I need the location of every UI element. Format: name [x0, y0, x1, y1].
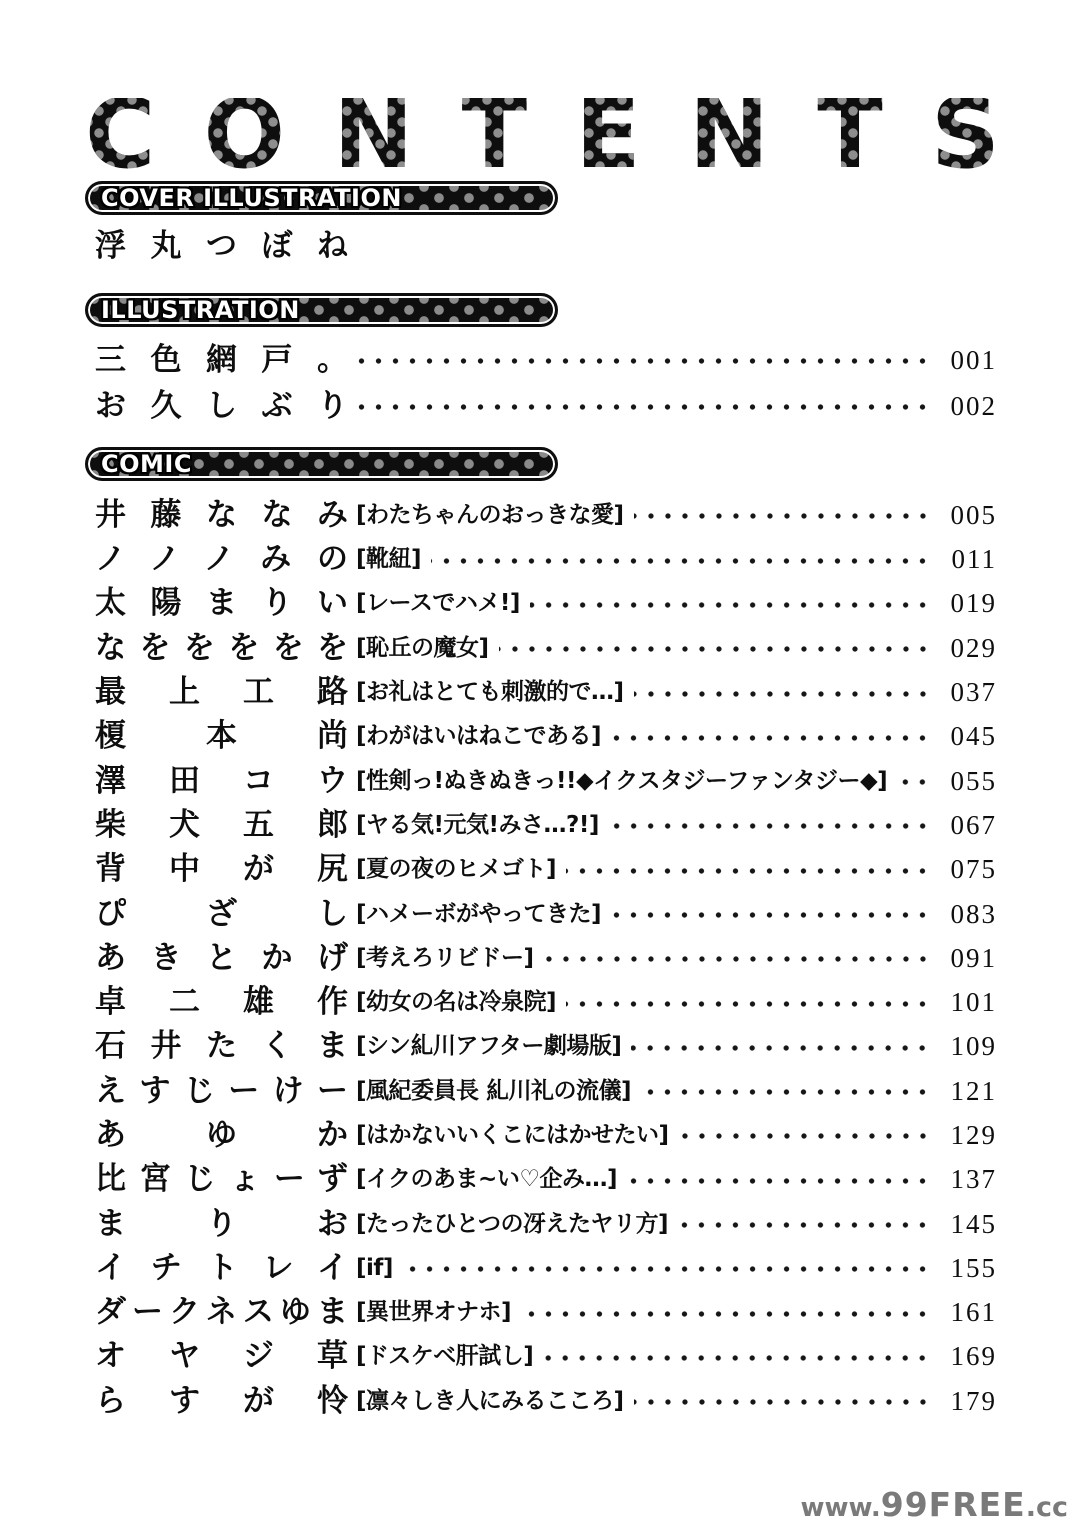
entry-name: お久しぶり: [95, 391, 348, 422]
dot-leader: [631, 1041, 931, 1055]
entry-author: 比宮じょーず: [95, 1164, 348, 1195]
dot-leader: [358, 354, 931, 368]
entry-author: 石井たくま: [95, 1031, 348, 1062]
entry-title: [風紀委員長 糺川礼の流儀]: [356, 1080, 631, 1103]
watermark-name: 99FREE: [881, 1485, 1026, 1524]
cover-artist-name: 浮丸つぼね: [95, 228, 348, 265]
page-number: 002: [941, 393, 997, 420]
title-letter: E: [575, 98, 641, 170]
dot-leader: [641, 1085, 931, 1099]
entry-title: [レースでハメ!]: [356, 592, 520, 615]
entry-title: [わたちゃんのおっきな愛]: [356, 504, 624, 527]
entry-title: [ドスケベ肝試し]: [356, 1345, 533, 1368]
page-number: 011: [941, 546, 997, 573]
page-number: 109: [941, 1033, 997, 1060]
title-letter: N: [333, 98, 413, 170]
entry-title: [夏の夜のヒメゴト]: [356, 858, 556, 881]
entry-author: イチトレイ: [95, 1253, 348, 1284]
page-number: 067: [941, 812, 997, 839]
entry-author: 柴犬五郎: [95, 810, 348, 841]
entry-title: [性剣っ!ぬきぬきっ!!◆イクスタジーファンタジー◆]: [356, 770, 887, 793]
title-letter: C: [85, 98, 155, 170]
entry-author: あきとかげ: [95, 943, 348, 974]
toc-row: 石井たくま [シン糺川アフター劇場版] 109: [85, 1025, 997, 1069]
entry-title: [お礼はとても刺激的で…]: [356, 681, 624, 704]
toc-row: 卓二雄作 [幼女の名は冷泉院] 101: [85, 980, 997, 1024]
dot-leader: [566, 997, 931, 1011]
toc-row: 三色網戸。 001: [85, 337, 997, 383]
toc-row: イチトレイ [if] 155: [85, 1246, 997, 1290]
toc-row: あきとかげ [考えろリビドー] 091: [85, 936, 997, 980]
toc-row: あゆか [はかないいくこにはかせたい] 129: [85, 1113, 997, 1157]
entry-title: [シン糺川アフター劇場版]: [356, 1035, 621, 1058]
entry-author: ノノノみの: [95, 544, 348, 575]
entry-title: [わがはいはねこである]: [356, 725, 601, 748]
entry-title: [はかないいくこにはかせたい]: [356, 1124, 669, 1147]
entry-author: まりお: [95, 1209, 348, 1240]
dot-leader: [358, 400, 931, 414]
section-label: ILLUSTRATION: [101, 298, 300, 322]
toc-row: ぴざし [ハメーボがやってきた] 083: [85, 892, 997, 936]
entry-author: 榎本尚: [95, 721, 348, 752]
toc-row: 榎本尚 [わがはいはねこである] 045: [85, 715, 997, 759]
section-bar-comic: COMIC: [85, 447, 558, 481]
dot-leader: [543, 1351, 931, 1365]
entry-title: [if]: [356, 1257, 393, 1280]
entry-title: [たったひとつの冴えたヤリ方]: [356, 1213, 668, 1236]
watermark-suffix: .cc: [1026, 1492, 1068, 1523]
entry-author: 背中が尻: [95, 854, 348, 885]
page-number: 055: [941, 768, 997, 795]
watermark: www.99FREE.cc: [800, 1488, 1068, 1521]
entry-title: [イクのあま~い♡企み…]: [356, 1168, 617, 1191]
dot-leader: [679, 1129, 931, 1143]
toc-row: 背中が尻 [夏の夜のヒメゴト] 075: [85, 848, 997, 892]
page-number: 161: [941, 1299, 997, 1326]
content-column: C O N T E N T S COVER ILLUSTRATION 浮丸つぼね…: [85, 0, 997, 1423]
dot-leader: [403, 1262, 931, 1276]
dot-leader: [431, 554, 931, 568]
entry-author: 最上工路: [95, 677, 348, 708]
dot-leader: [897, 775, 931, 789]
entry-author: 井藤ななみ: [95, 500, 348, 531]
toc-row: お久しぶり 002: [85, 383, 997, 429]
toc-row: えすじーけー [風紀委員長 糺川礼の流儀] 121: [85, 1069, 997, 1113]
entry-name: 三色網戸。: [95, 345, 348, 376]
entry-author: 卓二雄作: [95, 987, 348, 1018]
watermark-prefix: www.: [800, 1493, 880, 1523]
section-bar-illustration: ILLUSTRATION: [85, 293, 558, 327]
page-number: 019: [941, 590, 997, 617]
page-number: 001: [941, 347, 997, 374]
entry-title: [靴紐]: [356, 548, 421, 571]
dot-leader: [611, 908, 931, 922]
toc-row: 最上工路 [お礼はとても刺激的で…] 037: [85, 670, 997, 714]
entry-title: [幼女の名は冷泉院]: [356, 991, 556, 1014]
toc-row: 太陽まりい [レースでハメ!] 019: [85, 582, 997, 626]
title-letter: N: [689, 98, 769, 170]
entry-author: えすじーけー: [95, 1076, 348, 1107]
page-number: 029: [941, 635, 997, 662]
dot-leader: [566, 864, 931, 878]
dot-leader: [634, 1395, 931, 1409]
page-number: 075: [941, 856, 997, 883]
dot-leader: [544, 952, 931, 966]
toc-row: 井藤ななみ [わたちゃんのおっきな愛] 005: [85, 493, 997, 537]
toc-row: 比宮じょーず [イクのあま~い♡企み…] 137: [85, 1158, 997, 1202]
entry-title: [考えろリビドー]: [356, 947, 534, 970]
entry-author: ぴざし: [95, 899, 348, 930]
entry-title: [ハメーボがやってきた]: [356, 903, 601, 926]
dot-leader: [627, 1174, 931, 1188]
entry-author: 太陽まりい: [95, 588, 348, 619]
dot-leader: [609, 819, 931, 833]
toc-row: オヤジ草 [ドスケベ肝試し] 169: [85, 1335, 997, 1379]
entry-title: [恥丘の魔女]: [356, 637, 489, 660]
illustration-list: 三色網戸。 001 お久しぶり 002: [85, 337, 997, 429]
toc-row: ダークネスゆま [異世界オナホ] 161: [85, 1291, 997, 1335]
section-label: COMIC: [101, 452, 192, 476]
page-number: 101: [941, 989, 997, 1016]
entry-author: あゆか: [95, 1120, 348, 1151]
comic-list: 井藤ななみ [わたちゃんのおっきな愛] 005 ノノノみの [靴紐] 011 太…: [85, 493, 997, 1423]
dot-leader: [521, 1307, 931, 1321]
dot-leader: [499, 642, 931, 656]
entry-title: [異世界オナホ]: [356, 1301, 511, 1324]
entry-title: [ヤる気!元気!みさ…?!]: [356, 814, 599, 837]
dot-leader: [611, 731, 931, 745]
entry-author: ダークネスゆま: [95, 1297, 348, 1328]
toc-row: 澤田コウ [性剣っ!ぬきぬきっ!!◆イクスタジーファンタジー◆] 055: [85, 759, 997, 803]
entry-author: オヤジ草: [95, 1341, 348, 1372]
toc-row: ノノノみの [靴紐] 011: [85, 537, 997, 581]
page-number: 121: [941, 1078, 997, 1105]
dot-leader: [634, 509, 931, 523]
title-letter: O: [204, 98, 286, 170]
toc-row: 柴犬五郎 [ヤる気!元気!みさ…?!] 067: [85, 803, 997, 847]
page-number: 083: [941, 901, 997, 928]
page-number: 155: [941, 1255, 997, 1282]
page-number: 005: [941, 502, 997, 529]
page-number: 045: [941, 723, 997, 750]
page-number: 129: [941, 1122, 997, 1149]
entry-author: らすが怜: [95, 1386, 348, 1417]
dot-leader: [678, 1218, 931, 1232]
entry-author: なををををを: [95, 633, 348, 664]
page-number: 169: [941, 1343, 997, 1370]
title-letter: S: [931, 98, 1000, 170]
title-letter: T: [462, 98, 527, 170]
dot-leader: [634, 687, 931, 701]
toc-row: らすが怜 [凛々しき人にみるこころ] 179: [85, 1379, 997, 1423]
page-number: 037: [941, 679, 997, 706]
page-number: 179: [941, 1388, 997, 1415]
toc-row: まりお [たったひとつの冴えたヤリ方] 145: [85, 1202, 997, 1246]
section-label: COVER ILLUSTRATION: [101, 186, 402, 210]
page-root: C O N T E N T S COVER ILLUSTRATION 浮丸つぼね…: [0, 0, 1080, 1535]
entry-title: [凛々しき人にみるこころ]: [356, 1390, 624, 1413]
page-number: 091: [941, 945, 997, 972]
dot-leader: [530, 598, 931, 612]
toc-row: なををををを [恥丘の魔女] 029: [85, 626, 997, 670]
page-number: 145: [941, 1211, 997, 1238]
title-letter: T: [817, 98, 882, 170]
entry-author: 澤田コウ: [95, 766, 348, 797]
page-title: C O N T E N T S: [85, 98, 1000, 176]
page-number: 137: [941, 1166, 997, 1193]
